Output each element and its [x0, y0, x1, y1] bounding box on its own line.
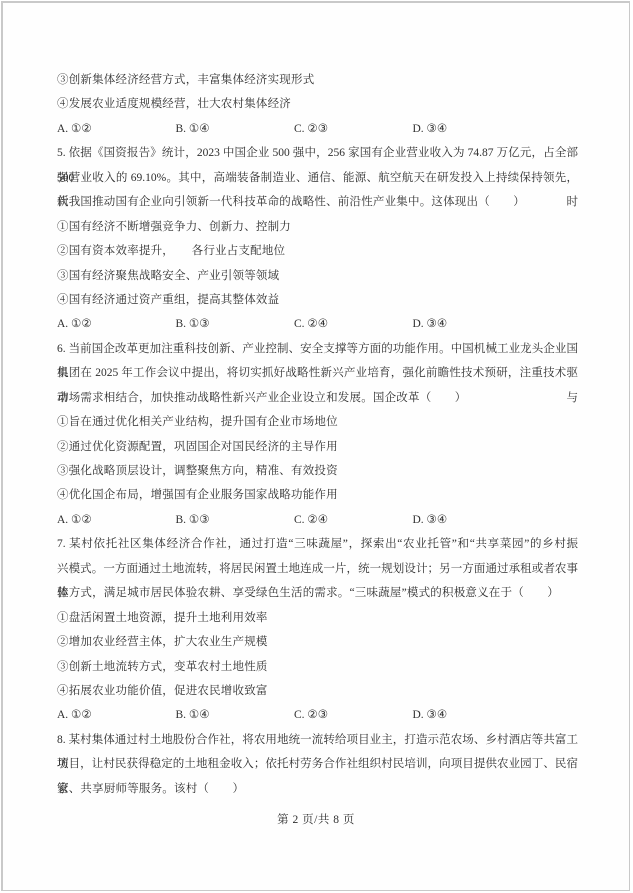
exam-page: ③创新集体经济经营方式，丰富集体经济实现形式④发展农业适度规模经营，壮大农村集体… — [3, 3, 629, 890]
answer-choice-d: D. ③④ — [413, 117, 448, 141]
page-number-footer: 第 2 页/共 8 页 — [3, 811, 629, 827]
answer-choice-a: A. ①② — [57, 508, 176, 532]
answer-option-row: A. ①②B. ①③C. ②④D. ③④ — [57, 312, 578, 336]
answer-choice-a: A. ①② — [57, 312, 176, 336]
question-text-line: 7. 某村依托社区集体经济合作社，通过打造“三味蔬屋”，探索出“农业托管”和“共… — [57, 532, 578, 556]
question-text-line: 集团在 2025 年工作会议中提出，将切实抓好战略性新兴产业培育，强化前瞻性技术… — [57, 361, 578, 385]
answer-choice-d: D. ③④ — [413, 312, 448, 336]
answer-choice-c: C. ②④ — [294, 312, 413, 336]
answer-choice-c: C. ②③ — [294, 117, 413, 141]
question-text-line: ④发展农业适度规模经营，壮大农村集体经济 — [57, 92, 578, 116]
question-text-line: ②通过优化资源配置，巩固国企对国民经济的主导作用 — [57, 435, 578, 459]
answer-choice-d: D. ③④ — [413, 703, 448, 727]
question-text-line: ③创新土地流转方式，变革农村土地性质 — [57, 655, 578, 679]
question-text-line: ②增加农业经营主体，扩大农业生产规模 — [57, 630, 578, 654]
answer-option-row: A. ①②B. ①④C. ②③D. ③④ — [57, 703, 578, 727]
question-text-line: 家、共享厨师等服务。该村（ ） — [57, 777, 578, 801]
question-text-line: 8. 某村集体通过村土地股份合作社，将农用地统一流转给项目业主，打造示范农场、乡… — [57, 728, 578, 752]
question-text-line: ③国有经济聚焦战略安全、产业引领等领域 — [57, 264, 578, 288]
question-text-line: 验方式，满足城市居民体验农耕、享受绿色生活的需求。“三味蔬屋”模式的积极意义在于… — [57, 581, 578, 605]
question-text-line: ①旨在通过优化相关产业结构，提升国有企业市场地位 — [57, 410, 578, 434]
question-text-line: ④国有经济通过资产重组，提高其整体效益 — [57, 288, 578, 312]
question-text-line: ②国有资本效率提升， 各行业占支配地位 — [57, 239, 578, 263]
answer-choice-c: C. ②④ — [294, 508, 413, 532]
question-text-line: ③创新集体经济经营方式，丰富集体经济实现形式 — [57, 68, 578, 92]
answer-choice-b: B. ①③ — [176, 508, 295, 532]
answer-option-row: A. ①②B. ①③C. ②④D. ③④ — [57, 508, 578, 532]
answer-choice-b: B. ①③ — [176, 312, 295, 336]
answer-choice-c: C. ②③ — [294, 703, 413, 727]
question-text-line: ④拓展农业功能价值，促进农民增收致富 — [57, 679, 578, 703]
answer-choice-a: A. ①② — [57, 117, 176, 141]
answer-choice-a: A. ①② — [57, 703, 176, 727]
question-text-line: ①国有经济不断增强竞争力、创新力、控制力 — [57, 215, 578, 239]
question-text-line: 强营业收入的 69.10%。其中，高端装备制造业、通信、能源、航空航天在研发投入… — [57, 166, 578, 190]
answer-choice-d: D. ③④ — [413, 508, 448, 532]
exam-content: ③创新集体经济经营方式，丰富集体经济实现形式④发展农业适度规模经营，壮大农村集体… — [57, 68, 578, 801]
question-text-line: 代我国推动国有企业向引领新一代科技革命的战略性、前沿性产业集中。这体现出（ ） — [57, 190, 578, 214]
question-text-line: 5. 依据《国资报告》统计，2023 中国企业 500 强中，256 家国有企业… — [57, 141, 578, 165]
question-text-line: ①盘活闲置土地资源，提升土地利用效率 — [57, 606, 578, 630]
answer-choice-b: B. ①④ — [176, 117, 295, 141]
question-text-line: 项目，让村民获得稳定的土地租金收入；依托村劳务合作社组织村民培训，向项目提供农业… — [57, 752, 578, 776]
answer-option-row: A. ①②B. ①④C. ②③D. ③④ — [57, 117, 578, 141]
question-text-line: 6. 当前国企改革更加注重科技创新、产业控制、安全支撑等方面的功能作用。中国机械… — [57, 337, 578, 361]
question-text-line: 兴模式。一方面通过土地流转，将居民闲置土地连成一片，统一规划设计；另一方面通过承… — [57, 557, 578, 581]
question-text-line: ④优化国企布局，增强国有企业服务国家战略功能作用 — [57, 483, 578, 507]
question-text-line: ③强化战略顶层设计，调整聚焦方向，精准、有效投资 — [57, 459, 578, 483]
answer-choice-b: B. ①④ — [176, 703, 295, 727]
